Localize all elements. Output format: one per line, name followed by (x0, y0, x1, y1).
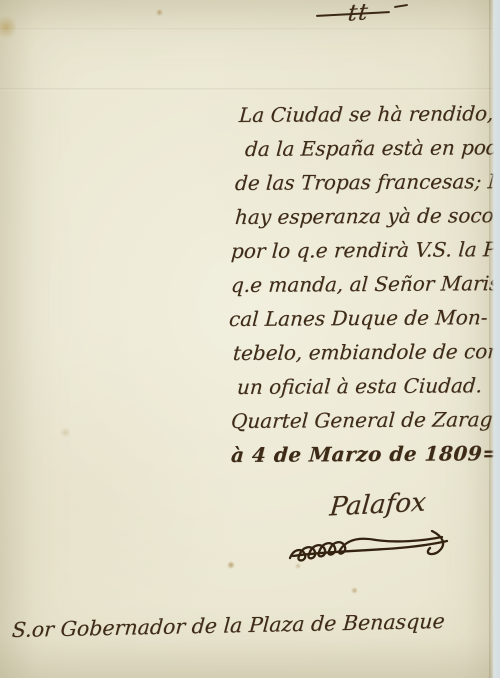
manuscript-line: cal Lanes Duque de Mon- (228, 300, 500, 336)
manuscript-line: q.e manda, al Señor Maris- (230, 266, 500, 302)
foxing-spot (351, 587, 358, 594)
crossed-out-rubric (284, 530, 456, 574)
fold-crease (0, 88, 500, 91)
manuscript-page: tt La Ciudad se hà rendido, to- da la Es… (0, 0, 500, 678)
manuscript-line: Quartel General de Zarag.a (230, 402, 500, 438)
dash-mark (394, 4, 408, 8)
foxing-spot (60, 428, 71, 437)
manuscript-line: à 4 de Marzo de 1809= (230, 436, 500, 472)
foxing-spot (0, 14, 16, 40)
address-line: S.or Gobernador de la Plaza de Benasque (11, 609, 445, 642)
manuscript-line: de las Tropas francesas; No (234, 164, 500, 200)
manuscript-line: un oficial à esta Ciudad. (236, 368, 500, 404)
rubric-scribble-icon (284, 530, 456, 570)
foxing-spot (156, 9, 163, 16)
manuscript-line: La Ciudad se hà rendido, to- (238, 96, 500, 132)
notation-mark: tt (348, 0, 369, 26)
fold-crease (0, 28, 500, 31)
letter-body: La Ciudad se hà rendido, to- da la Españ… (228, 98, 500, 472)
manuscript-line: tebelo, embiandole de contado (232, 334, 500, 370)
manuscript-line: hay esperanza yà de socorro; (234, 198, 500, 234)
foxing-spot (227, 561, 235, 569)
paper-edge (489, 0, 500, 678)
signature-palafox: Palafox (328, 488, 427, 523)
manuscript-line: da la España està en poder (244, 130, 500, 166)
manuscript-line: por lo q.e rendirà V.S. la Plaza (230, 232, 500, 268)
